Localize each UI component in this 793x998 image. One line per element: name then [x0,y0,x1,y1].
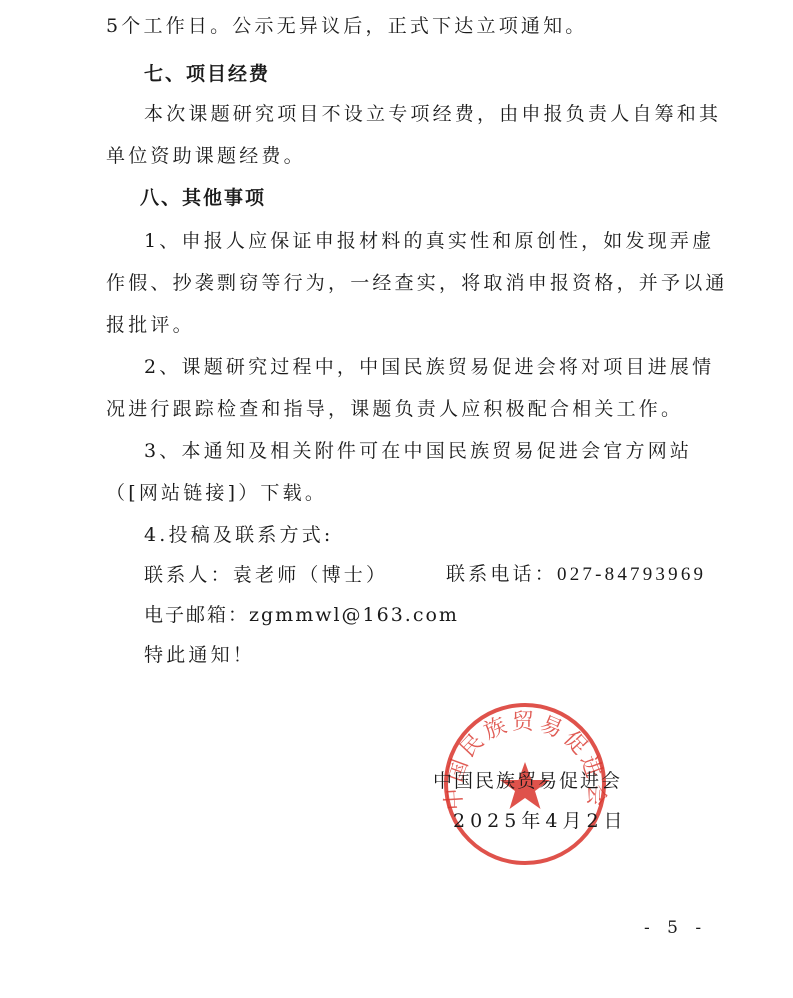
paragraph-line: 1、申报人应保证申报材料的真实性和原创性，如发现弄虚 [144,229,714,253]
contact-email: 电子邮箱：zgmmwl@163.com [144,603,459,627]
closing-line: 特此通知！ [144,643,255,667]
paragraph-line: 本次课题研究项目不设立专项经费，由申报负责人自筹和其 [144,102,721,126]
paragraph-line: 况进行跟踪检查和指导，课题负责人应积极配合相关工作。 [106,397,683,421]
paragraph-line: 3、本通知及相关附件可在中国民族贸易促进会官方网站 [144,439,692,463]
svg-text:中国民族贸易促进会: 中国民族贸易促进会 [441,710,608,811]
paragraph-line: 报批评。 [106,313,195,337]
paragraph-line: 2、课题研究过程中，中国民族贸易促进会将对项目进展情 [144,355,714,379]
section-heading-funding: 七、项目经费 [144,62,270,86]
paragraph-line: 单位资助课题经费。 [106,144,306,168]
paragraph-line: 5个工作日。公示无异议后，正式下达立项通知。 [106,14,588,38]
paragraph-line: 4.投稿及联系方式: [144,523,334,547]
section-heading-other: 八、其他事项 [140,186,266,210]
contact-phone: 联系电话：027-84793969 [446,563,706,587]
page-number: - 5 - [644,918,707,938]
paragraph-line: 作假、抄袭剽窃等行为，一经查实，将取消申报资格，并予以通 [106,271,728,295]
signature-organization: 中国民族贸易促进会 [433,766,622,793]
contact-person: 联系人：袁老师（博士） [144,563,388,587]
signature-date: 2025年4月2日 [453,806,628,833]
paragraph-line: （[网站链接]）下载。 [106,481,327,505]
